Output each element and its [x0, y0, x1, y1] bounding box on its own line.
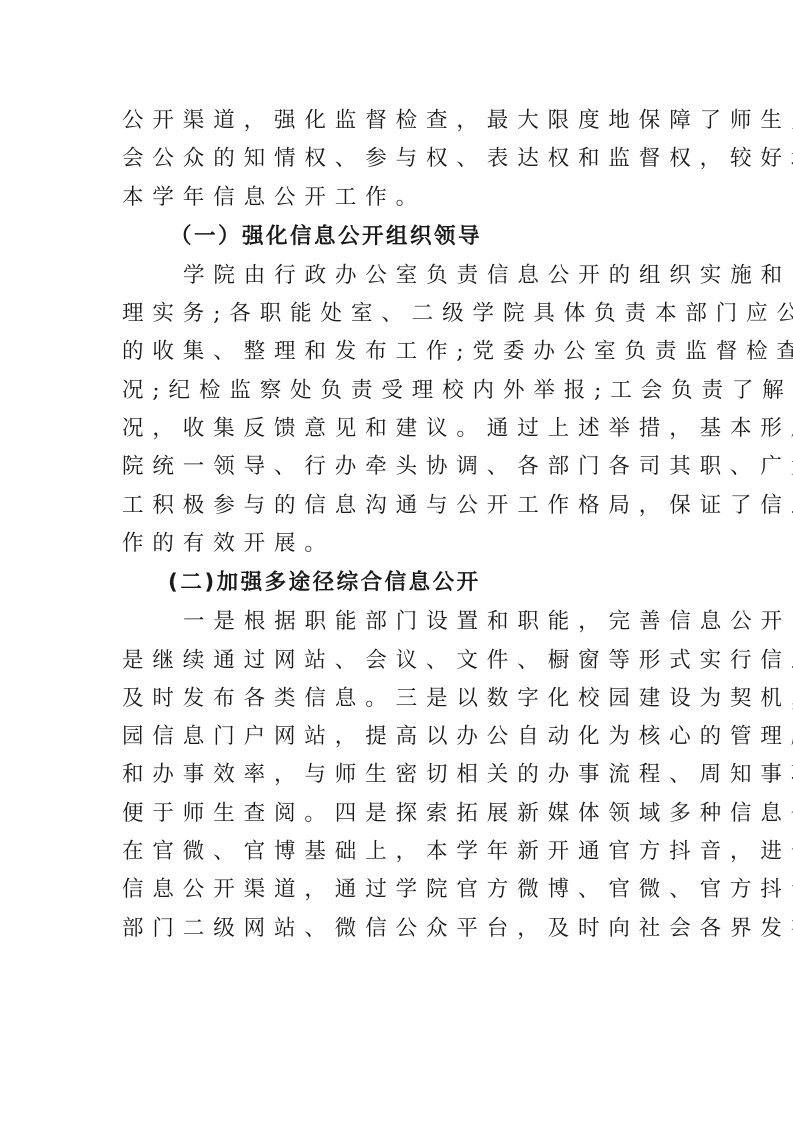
- text-line: 况;纪检监察处负责受理校内外举报;工会负责了解实施情: [122, 372, 674, 410]
- paragraph-multichannel: 一是根据职能部门设置和职能，完善信息公开目录。二 是继续通过网站、会议、文件、橱…: [122, 603, 674, 948]
- document-page: 公开渠道，强化监督检查，最大限度地保障了师生员工和社 会公众的知情权、参与权、表…: [0, 0, 793, 1122]
- text-line: 工积极参与的信息沟通与公开工作格局，保证了信息公开工: [122, 487, 674, 525]
- text-line: 学院由行政办公室负责信息公开的组织实施和日常管: [122, 257, 674, 295]
- text-line: 的收集、整理和发布工作;党委办公室负责监督检查实施情: [122, 333, 674, 371]
- text-line: 便于师生查阅。四是探索拓展新媒体领域多种信息公开渠道，: [122, 795, 674, 833]
- text-line: 和办事效率，与师生密切相关的办事流程、周知事项挂网，: [122, 756, 674, 794]
- text-line: 一是根据职能部门设置和职能，完善信息公开目录。二: [122, 603, 674, 641]
- text-line: 况，收集反馈意见和建议。通过上述举措，基本形成了由学: [122, 410, 674, 448]
- text-line: 会公众的知情权、参与权、表达权和监督权，较好地完成了: [122, 140, 674, 178]
- text-line: 是继续通过网站、会议、文件、橱窗等形式实行信息公开，: [122, 642, 674, 680]
- text-line: 在官微、官博基础上，本学年新开通官方抖音，进一步拓宽: [122, 833, 674, 871]
- text-line: 部门二级网站、微信公众平台，及时向社会各界发布学院各: [122, 910, 674, 948]
- document-body: 公开渠道，强化监督检查，最大限度地保障了师生员工和社 会公众的知情权、参与权、表…: [122, 102, 674, 948]
- paragraph-continuation: 公开渠道，强化监督检查，最大限度地保障了师生员工和社 会公众的知情权、参与权、表…: [122, 102, 674, 217]
- text-line: 理实务;各职能处室、二级学院具体负责本部门应公开信息: [122, 295, 674, 333]
- section-heading-2: (二)加强多途径综合信息公开: [122, 563, 674, 603]
- text-line: 及时发布各类信息。三是以数字化校园建设为契机，完善校: [122, 680, 674, 718]
- paragraph-organization: 学院由行政办公室负责信息公开的组织实施和日常管 理实务;各职能处室、二级学院具体…: [122, 257, 674, 563]
- text-line: 园信息门户网站，提高以办公自动化为核心的管理服务水平: [122, 718, 674, 756]
- text-line: 院统一领导、行办牵头协调、各部门各司其职、广大师生员: [122, 448, 674, 486]
- text-line: 本学年信息公开工作。: [122, 179, 674, 217]
- text-line: 作的有效开展。: [122, 525, 674, 563]
- text-line: 信息公开渠道，通过学院官方微博、官微、官方抖音平台及: [122, 871, 674, 909]
- text-line: 公开渠道，强化监督检查，最大限度地保障了师生员工和社: [122, 102, 674, 140]
- section-heading-1: （一）强化信息公开组织领导: [122, 217, 674, 257]
